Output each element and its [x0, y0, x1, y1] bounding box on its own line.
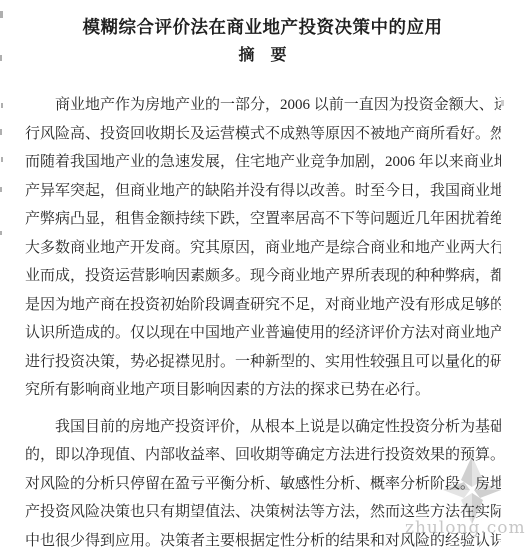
text-line: 进行投资决策，势必捉襟见肘。一种新型的、实用性较强且可以量化的研	[25, 348, 501, 377]
scan-artifact	[0, 187, 2, 192]
text-line: 是因为地产商在投资初始阶段调查研究不足，对商业地产没有形成足够的	[25, 291, 501, 320]
text-line: 大多数商业地产开发商。究其原因，商业地产是综合商业和地产业两大行	[25, 234, 501, 263]
text-line: 认识所造成的。仅以现在中国地产业普遍使用的经济评价方法对商业地产	[25, 319, 501, 348]
page-title: 模糊综合评价法在商业地产投资决策中的应用	[0, 16, 525, 38]
text-line: 行风险高、投资回收期长及运营模式不成熟等原因不被地产商所看好。然	[25, 120, 501, 149]
abstract-paragraph: 商业地产作为房地产业的一部分，2006 以前一直因为投资金额大、运行风险高、投资…	[25, 91, 501, 405]
scan-artifact	[0, 55, 2, 61]
abstract-body: 商业地产作为房地产业的一部分，2006 以前一直因为投资金额大、运行风险高、投资…	[0, 91, 525, 555]
text-line: 而随着我国地产业的急速发展，住宅地产业竞争加剧，2006 年以来商业地	[25, 148, 501, 177]
text-line: 中也很少得到应用。决策者主要根据定性分析的结果和对风险的经验认识	[25, 527, 501, 556]
text-line: 产异军突起，但商业地产的缺陷并没有得以改善。时至今日，我国商业地	[25, 177, 501, 206]
text-line: 产投资风险决策也只有期望值法、决策树法等方法，然而这些方法在实际	[25, 498, 501, 527]
scan-artifact	[0, 231, 2, 235]
text-line: 商业地产作为房地产业的一部分，2006 以前一直因为投资金额大、运	[25, 91, 501, 120]
text-line: 我国目前的房地产投资评价，从根本上说是以确定性投资分析为基础	[25, 413, 501, 442]
document-page: zhulong.com 模糊综合评价法在商业地产投资决策中的应用 摘 要 商业地…	[0, 0, 525, 560]
scan-artifact	[501, 100, 504, 106]
text-line: 究所有影响商业地产项目影响因素的方法的探求已势在必行。	[25, 376, 501, 405]
document-content: 模糊综合评价法在商业地产投资决策中的应用 摘 要 商业地产作为房地产业的一部分，…	[0, 16, 525, 555]
scan-artifact	[1, 103, 3, 108]
text-line: 业而成，投资运营影响因素颇多。现今商业地产界所表现的种种弊病，都	[25, 262, 501, 291]
scan-artifact	[1, 157, 3, 162]
abstract-paragraph: 我国目前的房地产投资评价，从根本上说是以确定性投资分析为基础的，即以净现值、内部…	[25, 413, 501, 556]
text-line: 对风险的分析只停留在盈亏平衡分析、敏感性分析、概率分析阶段。房地	[25, 470, 501, 499]
scan-artifact	[0, 129, 2, 135]
scan-artifact	[0, 11, 3, 18]
text-line: 的，即以净现值、内部收益率、回收期等确定方法进行投资效果的预算。	[25, 441, 501, 470]
abstract-heading: 摘 要	[0, 46, 525, 66]
text-line: 产弊病凸显，租售金额持续下跌，空置率居高不下等问题近几年困扰着绝	[25, 205, 501, 234]
